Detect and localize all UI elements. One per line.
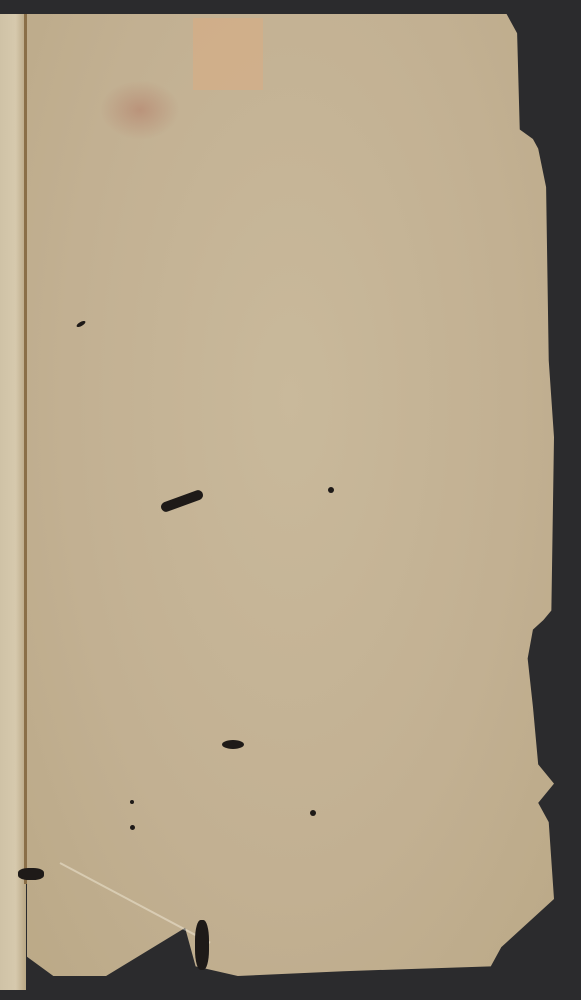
adjacent-page-edge (0, 14, 26, 990)
binding-gutter (24, 14, 27, 884)
faded-stamp-mark (193, 18, 263, 90)
blank-paper-page (27, 14, 554, 976)
ink-spot (310, 810, 316, 816)
ink-spot (18, 868, 44, 880)
faint-red-marks (100, 80, 180, 140)
ink-spot (130, 800, 134, 804)
ink-spot (195, 920, 209, 970)
ink-spot (222, 740, 244, 749)
ink-spot (130, 825, 135, 830)
ink-spot (328, 487, 334, 493)
